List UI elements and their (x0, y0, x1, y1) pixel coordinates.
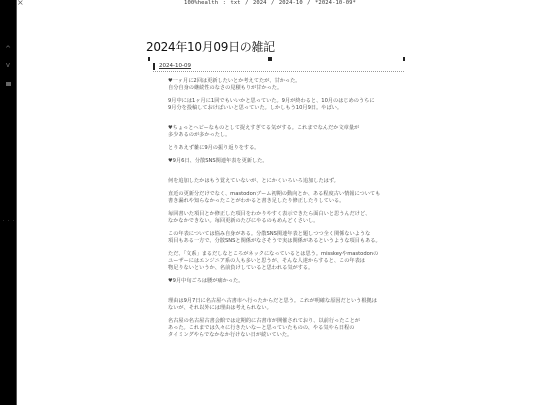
article-paragraph: 毎回書いた項目とか修正した項目をわかりやすく表示できたら面白いと思うんだけど、な… (168, 211, 413, 225)
article-paragraph: ♥ちょっとヘビーなものとして捉えすぎてる気がする。これまでなんだか文章量が多少あ… (168, 125, 413, 139)
page-title: 2024年10月09日の雑記 (146, 40, 275, 54)
breadcrumb-txt[interactable]: txt (230, 0, 241, 6)
sidebar: ^ v · · · (0, 0, 17, 405)
breadcrumb-sep: / (245, 0, 249, 6)
article-paragraph: 9月中には1ヶ月に1回でもいいかと思っていた。9月が終わると、10月のはじめのう… (168, 98, 413, 112)
article-paragraph: 何を追加したかはもう覚えていないが、とにかくいろいろ追加したはず。 (168, 178, 413, 185)
anchor-marker-left (148, 57, 150, 61)
breadcrumb-month[interactable]: 2024-10 (278, 0, 303, 6)
article-paragraph: とりあえず雑に9月の振り返りをする。 (168, 145, 413, 152)
article-paragraph: この年表については悩み自身がある。分散SNS関連年表と題しつつ全く関係ないような… (168, 231, 413, 245)
anchor-marker-right (403, 57, 405, 61)
breadcrumb-current: *2024-10-09* (315, 0, 357, 6)
anchor-marker-center (268, 57, 272, 61)
breadcrumb-site[interactable]: 100%health (184, 0, 219, 6)
date-bar-icon (153, 63, 155, 70)
sidebar-text-col: · (6, 220, 10, 400)
stop-button[interactable] (6, 82, 11, 86)
article-paragraph: ♥一ヶ月に2回は更新したいとか考えてたが、甘かった。自分自身の継続性のなさの見積… (168, 78, 413, 92)
date-heading: 2024-10-09 (153, 62, 404, 72)
article-paragraph: ♥9月6日、分散SNS関連年表を更新した。 (168, 158, 413, 165)
article-paragraph: 直近の更新分だけでなく、mastodonブーム初期の動向とか、ある程度古い情報に… (168, 191, 413, 205)
article-paragraph: 名古屋の名古屋古書会館では定期的に古書市が開催されており、以前行ったことがあった… (168, 318, 413, 339)
breadcrumb-sep: / (307, 0, 311, 6)
article-paragraph: 理由は9月7日に名古屋へ古書市へ行ったからだと思う。これが明確な原因だという根拠… (168, 298, 413, 312)
sidebar-text-col: · (11, 220, 15, 400)
date-link[interactable]: 2024-10-09 (159, 62, 191, 70)
article-paragraph: ♥9月中旬ごろは腰が痛かった。 (168, 278, 413, 285)
breadcrumb: 100%health : txt / 2024 / 2024-10 / *202… (0, 0, 540, 7)
breadcrumb-year[interactable]: 2024 (252, 0, 267, 6)
scroll-down-button[interactable]: v (0, 61, 16, 69)
breadcrumb-sep: / (271, 0, 275, 6)
article-paragraph: ただ、「文系」まるだしなところがネックになっているとは思う。misskeyやma… (168, 251, 413, 272)
sidebar-vertical-text: · · · (1, 220, 15, 400)
scroll-up-button[interactable]: ^ (0, 45, 16, 53)
sidebar-text-col: · (1, 220, 5, 400)
article-body: ♥一ヶ月に2回は更新したいとか考えてたが、甘かった。自分自身の継続性のなさの見積… (168, 78, 413, 345)
breadcrumb-sep: : (222, 0, 226, 6)
